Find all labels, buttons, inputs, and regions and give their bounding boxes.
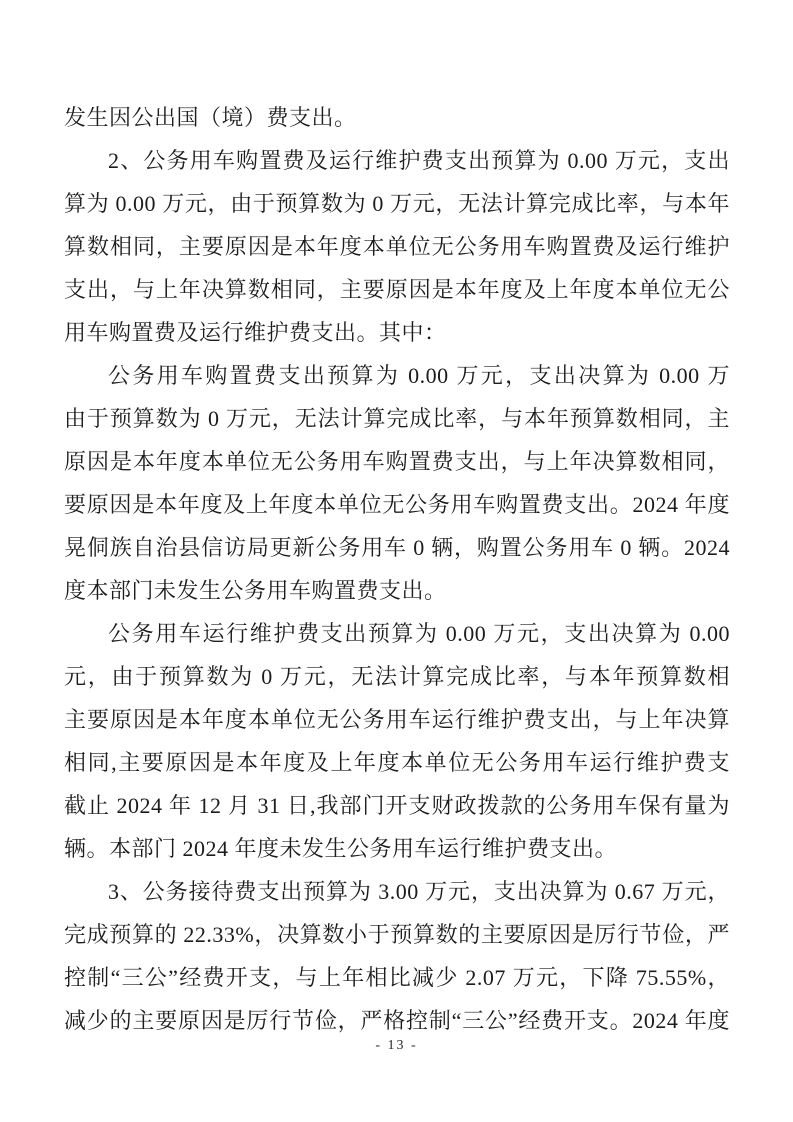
text-line: 完成预算的 22.33%，决算数小于预算数的主要原因是厉行节俭，严格 xyxy=(64,913,730,956)
text-line: 由于预算数为 0 万元，无法计算完成比率，与本年预算数相同，主要 xyxy=(64,397,730,440)
text-line: 控制“三公”经费开支，与上年相比减少 2.07 万元，下降 75.55%， xyxy=(64,956,730,999)
text-line: 截止 2024 年 12 月 31 日,我部门开支财政拨款的公务用车保有量为 0 xyxy=(64,784,730,827)
document-page: 发生因公出国（境）费支出。2、公务用车购置费及运行维护费支出预算为 0.00 万… xyxy=(0,0,793,1122)
text-line: 算为 0.00 万元，由于预算数为 0 万元，无法计算完成比率，与本年预 xyxy=(64,182,730,225)
text-line: 支出，与上年决算数相同，主要原因是本年度及上年度本单位无公务 xyxy=(64,268,730,311)
text-line: 晃侗族自治县信访局更新公务用车 0 辆，购置公务用车 0 辆。2024 年 xyxy=(64,526,730,569)
text-line: 元，由于预算数为 0 万元，无法计算完成比率，与本年预算数相同， xyxy=(64,655,730,698)
text-line: 原因是本年度本单位无公务用车购置费支出，与上年决算数相同，主 xyxy=(64,440,730,483)
text-line: 主要原因是本年度本单位无公务用车运行维护费支出，与上年决算数 xyxy=(64,698,730,741)
text-line: 用车购置费及运行维护费支出。其中： xyxy=(64,311,730,354)
text-line: 公务用车运行维护费支出预算为 0.00 万元，支出决算为 0.00 万 xyxy=(64,612,730,655)
page-number: - 13 - xyxy=(0,1032,793,1060)
text-line: 辆。本部门 2024 年度未发生公务用车运行维护费支出。 xyxy=(64,827,730,870)
text-line: 公务用车购置费支出预算为 0.00 万元，支出决算为 0.00 万元， xyxy=(64,354,730,397)
text-line: 要原因是本年度及上年度本单位无公务用车购置费支出。2024 年度新 xyxy=(64,483,730,526)
text-line: 度本部门未发生公务用车购置费支出。 xyxy=(64,569,730,612)
text-line: 3、公务接待费支出预算为 3.00 万元，支出决算为 0.67 万元， xyxy=(64,870,730,913)
text-line: 2、公务用车购置费及运行维护费支出预算为 0.00 万元，支出决 xyxy=(64,139,730,182)
text-line: 相同,主要原因是本年度及上年度本单位无公务用车运行维护费支出。 xyxy=(64,741,730,784)
text-line: 算数相同，主要原因是本年度本单位无公务用车购置费及运行维护费 xyxy=(64,225,730,268)
document-body: 发生因公出国（境）费支出。2、公务用车购置费及运行维护费支出预算为 0.00 万… xyxy=(64,96,730,1042)
text-line: 发生因公出国（境）费支出。 xyxy=(64,96,730,139)
